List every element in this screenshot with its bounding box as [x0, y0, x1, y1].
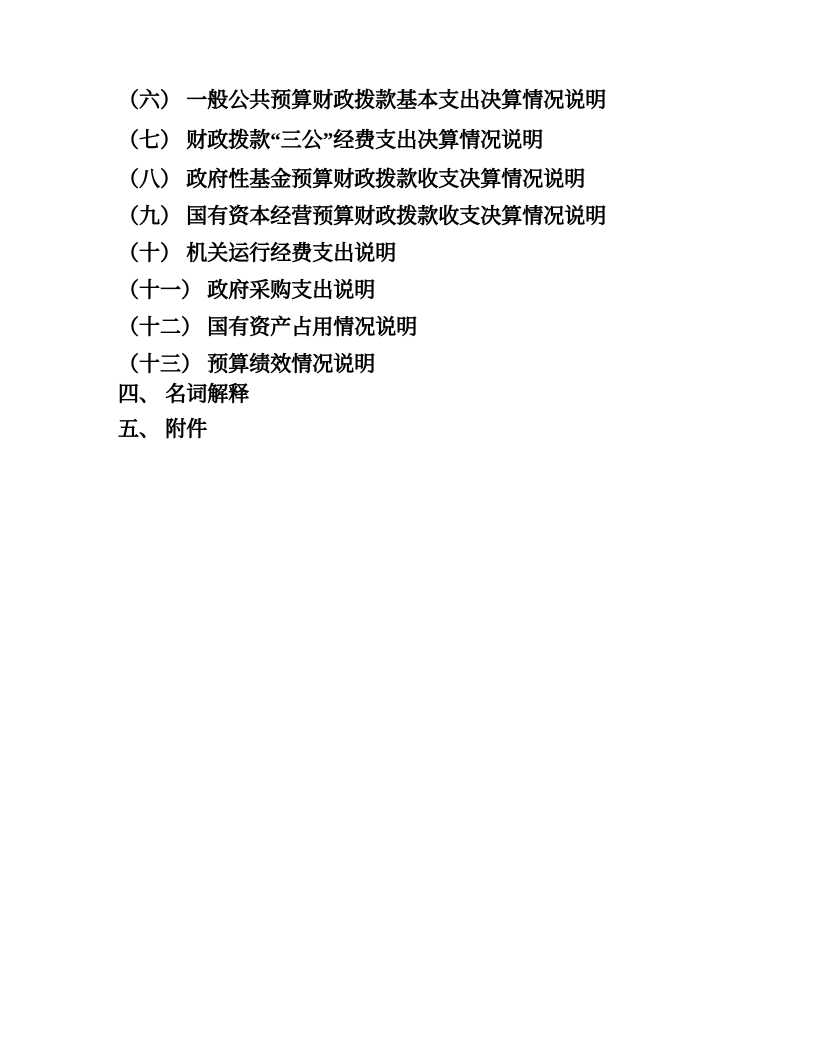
toc-section-4: 四、 名词解释: [118, 381, 249, 407]
toc-item-11: （十一） 政府采购支出说明: [118, 277, 375, 303]
toc-section-5: 五、 附件: [118, 416, 207, 442]
toc-item-9: （九） 国有资本经营预算财政拨款收支决算情况说明: [118, 203, 606, 229]
toc-item-12: （十二） 国有资产占用情况说明: [118, 314, 417, 340]
toc-item-7: （七） 财政拨款“三公”经费支出决算情况说明: [118, 127, 543, 153]
toc-item-10: （十） 机关运行经费支出说明: [118, 240, 396, 266]
toc-item-13: （十三） 预算绩效情况说明: [118, 351, 375, 377]
document-page: （六） 一般公共预算财政拨款基本支出决算情况说明 （七） 财政拨款“三公”经费支…: [0, 0, 816, 1056]
toc-item-6: （六） 一般公共预算财政拨款基本支出决算情况说明: [118, 87, 606, 113]
toc-item-8: （八） 政府性基金预算财政拨款收支决算情况说明: [118, 166, 585, 192]
